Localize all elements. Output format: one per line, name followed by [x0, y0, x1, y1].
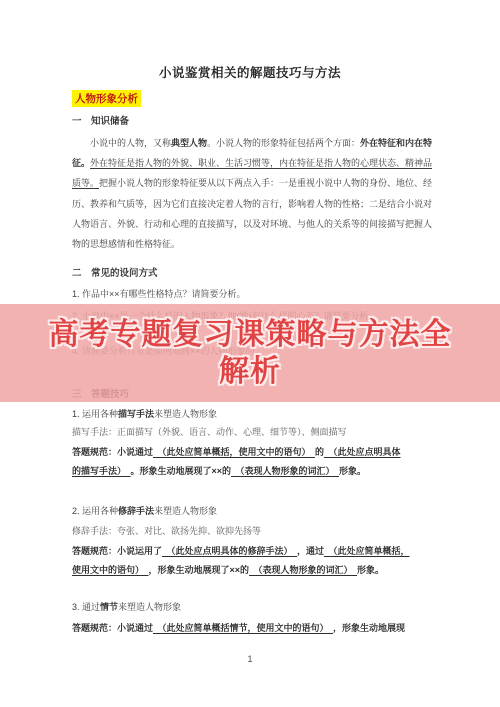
- text-line: 物的思想感情和性格特征。: [72, 234, 444, 254]
- question-item-1: 1. 作品中××有哪些性格特点？请简要分析。: [72, 287, 444, 300]
- text-line: 2. 运用各种修辞手法来塑造人物形象: [72, 504, 444, 517]
- document-page: 小说鉴赏相关的解题技巧与方法 人物形象分析 一 知识储备 小说中的人物，又称典型…: [0, 0, 500, 707]
- text-segment: 使用文中的语句）: [72, 565, 149, 575]
- text-line: 描写手法：正面描写（外貌、语言、动作、心理、细节等）、侧面描写: [72, 425, 444, 438]
- text-segment: 典型人物: [171, 138, 207, 148]
- text-segment: 1. 运用各种: [72, 409, 118, 419]
- text-segment: 的描写手法）: [72, 466, 131, 476]
- text-segment: 修辞手法: [118, 506, 154, 516]
- text-segment: 质等。: [72, 178, 99, 188]
- text-line: 质等。把握小说人物的形象特征要从以下两点入手：一是重视小说中人物的身份、地位、经: [72, 173, 444, 193]
- text-segment: （此处应点明具体: [324, 447, 401, 457]
- technique-1-subtext: 描写手法：正面描写（外貌、语言、动作、心理、细节等）、侧面描写: [72, 425, 444, 438]
- text-line: 修辞手法：夸张、对比、欲扬先抑、欲抑先扬等: [72, 524, 444, 537]
- text-line: 答题规范：小说通过 （此处应简单概括情节，使用文中的语句） ，形象生动地展现: [72, 619, 444, 638]
- technique-3-title: 3. 通过情节来塑造人物形象: [72, 600, 444, 613]
- text-segment: 答题规范：小说运用了: [72, 546, 162, 556]
- text-segment: 来塑造人物形象: [154, 506, 217, 516]
- text-segment: 描写手法: [118, 409, 154, 419]
- text-line: 历、教养和气质等，因为它们直接决定着人物的言行，影响着人物的性格；二是结合小说对: [72, 194, 444, 214]
- text-segment: 外在特征和内在特: [360, 138, 432, 148]
- highlighted-heading: 人物形象分析: [72, 90, 141, 107]
- knowledge-paragraph: 小说中的人物，又称典型人物。小说人物的形象特征包括两个方面：外在特征和内在特征。…: [72, 133, 444, 254]
- highlight-row: 人物形象分析: [72, 89, 444, 107]
- text-segment: （此处应简单概括情节，使用文中的语句）: [153, 623, 333, 633]
- technique-2-answer-norm: 答题规范：小说运用了 （此处应点明具体的修辞手法） ，通过 （此处应简单概括，使…: [72, 542, 444, 579]
- text-line: 人物语言、外貌、行动和心理的直接描写，以及对环境、与他人的关系等的间接描写把握人: [72, 214, 444, 234]
- text-segment: ，形象生动地展现: [333, 623, 405, 633]
- text-segment: 2. 运用各种: [72, 506, 118, 516]
- text-line: 的描写手法） 。形象生动地展现了××的 （表现人物形象的词汇） 形象。: [72, 462, 444, 481]
- text-segment: 形象。: [357, 565, 384, 575]
- text-line: 答题规范：小说通过 （此处应简单概括，使用文中的语句） 的 （此处应点明具体: [72, 443, 444, 462]
- text-segment: 征。: [72, 158, 90, 168]
- text-line: 1. 运用各种描写手法来塑造人物形象: [72, 407, 444, 420]
- text-line: 1. 作品中××有哪些性格特点？请简要分析。: [72, 287, 444, 300]
- text-line: 征。外在特征是指人物的外貌、职业、生活习惯等，内在特征是指人物的心理状态、精神品: [72, 153, 444, 173]
- text-segment: 外在特征是指人物的外貌、职业、生活习惯等，内在特征是指人物的心理状态、精神品: [90, 158, 432, 168]
- text-segment: （此处应点明具体的修辞手法）: [162, 546, 297, 556]
- text-segment: 3. 通过: [72, 602, 100, 612]
- text-segment: 来塑造人物形象: [118, 602, 181, 612]
- text-segment: （此处应简单概括，: [324, 546, 410, 556]
- text-segment: （此处应简单概括，使用文中的语句）: [153, 447, 315, 457]
- technique-3-answer-norm: 答题规范：小说通过 （此处应简单概括情节，使用文中的语句） ，形象生动地展现: [72, 619, 444, 638]
- text-segment: 情节: [100, 602, 118, 612]
- technique-2-title: 2. 运用各种修辞手法来塑造人物形象: [72, 504, 444, 517]
- section-knowledge-heading: 一 知识储备: [72, 113, 444, 127]
- technique-1-title: 1. 运用各种描写手法来塑造人物形象: [72, 407, 444, 420]
- text-segment: （表现人物形象的词汇）: [249, 565, 357, 575]
- text-segment: 小说中的人物，又称: [90, 138, 171, 148]
- text-segment: 1. 作品中××有哪些性格特点？请简要分析。: [72, 289, 246, 299]
- text-segment: 把握小说人物的形象特征要从以下两点入手：一是重视小说中人物的身份、地位、经: [99, 178, 432, 188]
- text-segment: 答题规范：小说通过: [72, 447, 153, 457]
- text-line: 答题规范：小说运用了 （此处应点明具体的修辞手法） ，通过 （此处应简单概括，: [72, 542, 444, 561]
- text-segment: ，通过: [297, 546, 324, 556]
- technique-1-answer-norm: 答题规范：小说通过 （此处应简单概括，使用文中的语句） 的 （此处应点明具体的描…: [72, 443, 444, 480]
- text-segment: 修辞手法：夸张、对比、欲扬先抑、欲抑先扬等: [72, 526, 261, 536]
- text-segment: 物的思想感情和性格特征。: [72, 239, 180, 249]
- text-segment: 的: [315, 447, 324, 457]
- text-segment: 形象。: [339, 466, 366, 476]
- text-line: 3. 通过情节来塑造人物形象: [72, 600, 444, 613]
- text-segment: ，形象生动地展现了××的: [149, 565, 250, 575]
- technique-2-subtext: 修辞手法：夸张、对比、欲扬先抑、欲抑先扬等: [72, 524, 444, 537]
- text-segment: 来塑造人物形象: [154, 409, 217, 419]
- text-segment: 答题规范：小说通过: [72, 623, 153, 633]
- text-line: 小说中的人物，又称典型人物。小说人物的形象特征包括两个方面：外在特征和内在特: [72, 133, 444, 153]
- text-line: 使用文中的语句） ，形象生动地展现了××的 （表现人物形象的词汇） 形象。: [72, 561, 444, 580]
- watermark-text-line-1: 高考专题复习课策略与方法全: [49, 316, 452, 353]
- text-segment: （表现人物形象的词汇）: [231, 466, 339, 476]
- text-segment: 描写手法：正面描写（外貌、语言、动作、心理、细节等）、侧面描写: [72, 427, 347, 437]
- page-number: 1: [0, 654, 500, 664]
- text-segment: 历、教养和气质等，因为它们直接决定着人物的言行，影响着人物的性格；二是结合小说对: [72, 199, 432, 209]
- document-title: 小说鉴赏相关的解题技巧与方法: [0, 63, 500, 81]
- watermark-overlay: 高考专题复习课策略与方法全 解析: [0, 304, 500, 402]
- watermark-text-line-2: 解析: [219, 353, 281, 390]
- text-segment: 。形象生动地展现了××的: [131, 466, 232, 476]
- text-segment: 。小说人物的形象特征包括两个方面：: [207, 138, 360, 148]
- section-questions-heading: 二 常见的设问方式: [72, 265, 444, 279]
- text-segment: 人物语言、外貌、行动和心理的直接描写，以及对环境、与他人的关系等的间接描写把握人: [72, 219, 432, 229]
